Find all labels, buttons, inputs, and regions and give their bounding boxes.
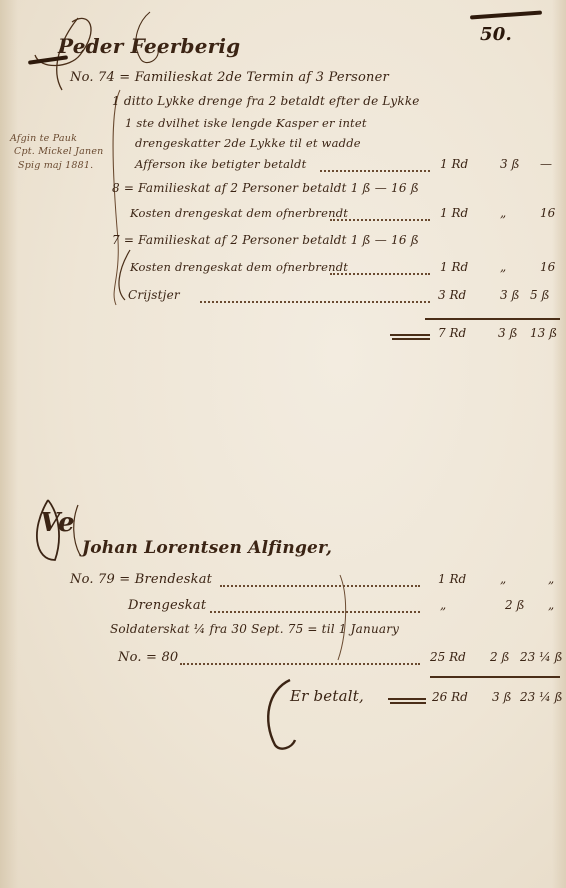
section2-heading: Johan Lorentsen Alfinger, bbox=[82, 538, 332, 558]
entry-line: No. = 80 bbox=[118, 650, 178, 665]
total-marker-rule bbox=[388, 698, 426, 700]
amount-mark: 2 ß bbox=[490, 650, 509, 664]
amount-mark: „ bbox=[500, 572, 506, 586]
section1-heading: Peder Feerberig bbox=[58, 34, 240, 58]
amount-mark: „ bbox=[500, 260, 506, 274]
entry-line: Afferson ike betigter betaldt bbox=[135, 157, 306, 171]
amount-skilling: 16 bbox=[540, 260, 555, 274]
margin-note-line-3: Spig maj 1881. bbox=[18, 160, 93, 171]
amount-rd: 1 Rd bbox=[440, 157, 468, 171]
total-label: Er betalt, bbox=[290, 687, 364, 705]
total-mark: 3 ß bbox=[498, 326, 517, 340]
amount-rd: 1 Rd bbox=[438, 572, 466, 586]
entry-line: 1 ste dvilhet iske lengde Kasper er inte… bbox=[125, 116, 367, 130]
leader-dots bbox=[200, 301, 430, 303]
section2-marker: Ve bbox=[40, 508, 75, 538]
total-skilling: 13 ß bbox=[530, 326, 557, 340]
amount-skilling: „ bbox=[548, 598, 554, 612]
amount-skilling: 23 ¼ ß bbox=[520, 650, 563, 664]
margin-note-line-1: Afgin te Pauk bbox=[10, 133, 77, 144]
entry-line: Crijstjer bbox=[128, 288, 180, 302]
sum-rule bbox=[425, 318, 560, 320]
total-marker-rule bbox=[392, 338, 430, 340]
leader-dots bbox=[220, 585, 420, 587]
amount-mark: 3 ß bbox=[500, 288, 519, 302]
folio-number: 50. bbox=[480, 24, 512, 45]
entry-line: 7 = Familieskat af 2 Personer betaldt 1 … bbox=[112, 233, 419, 247]
entry-line: 8 = Familieskat af 2 Personer betaldt 1 … bbox=[112, 181, 419, 195]
entry-line: 1 ditto Lykke drenge fra 2 betaldt efter… bbox=[112, 94, 420, 108]
amount-mark: „ bbox=[500, 206, 506, 220]
total-marker-rule bbox=[390, 702, 426, 704]
amount-skilling: „ bbox=[548, 572, 554, 586]
amount-mark: 3 ß bbox=[500, 157, 519, 171]
total-rd: 26 Rd bbox=[432, 690, 468, 704]
amount-rd: 25 Rd bbox=[430, 650, 466, 664]
leader-dots bbox=[180, 663, 420, 665]
leader-dots bbox=[330, 273, 430, 275]
total-marker-rule bbox=[390, 334, 430, 336]
total-rd: 7 Rd bbox=[438, 326, 466, 340]
amount-rd: 1 Rd bbox=[440, 206, 468, 220]
entry-line: No. 79 = Brendeskat bbox=[70, 572, 212, 587]
entry-line: Kosten drengeskat dem ofnerbrendt bbox=[130, 260, 348, 274]
total-mark: 3 ß bbox=[492, 690, 511, 704]
amount-mark: 2 ß bbox=[505, 598, 524, 612]
total-skilling: 23 ¼ ß bbox=[520, 690, 563, 704]
amount-rd: 1 Rd bbox=[440, 260, 468, 274]
manuscript-page: 50. Peder Feerberig Afgin te Pauk Cpt. M… bbox=[0, 0, 566, 888]
pen-flourishes bbox=[0, 0, 566, 888]
amount-skilling: 5 ß bbox=[530, 288, 549, 302]
sum-rule bbox=[430, 676, 560, 678]
amount-skilling: 16 bbox=[540, 206, 555, 220]
margin-note-line-2: Cpt. Mickel Janen bbox=[14, 146, 103, 157]
entry-line: Soldaterskat ¼ fra 30 Sept. 75 = til 1 J… bbox=[110, 622, 399, 636]
leader-dots bbox=[210, 611, 420, 613]
entry-line: drengeskatter 2de Lykke til et wadde bbox=[135, 136, 361, 150]
amount-rd: 3 Rd bbox=[438, 288, 466, 302]
entry-line: Kosten drengeskat dem ofnerbrendt bbox=[130, 206, 348, 220]
leader-dots bbox=[330, 219, 430, 221]
entry-line: No. 74 = Familieskat 2de Termin af 3 Per… bbox=[70, 70, 389, 85]
amount-rd: „ bbox=[440, 598, 446, 612]
entry-line: Drengeskat bbox=[128, 598, 206, 613]
amount-skilling: — bbox=[540, 157, 552, 171]
leader-dots bbox=[320, 170, 430, 172]
